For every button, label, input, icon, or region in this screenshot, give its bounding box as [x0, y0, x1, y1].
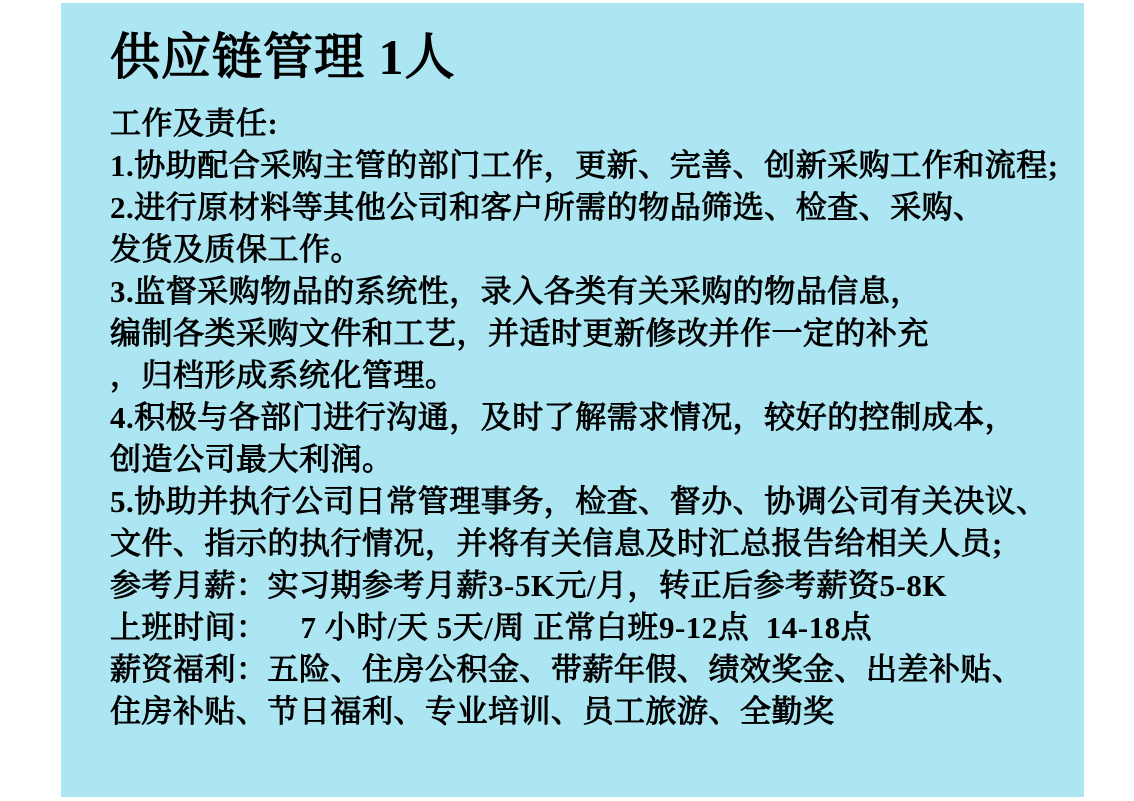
- job-line: ，归档形成系统化管理。: [110, 355, 1064, 397]
- job-line: 住房补贴、节日福利、专业培训、员工旅游、全勤奖: [110, 691, 1064, 733]
- page: 供应链管理 1人 工作及责任: 1.协助配合采购主管的部门工作，更新、完善、创新…: [0, 0, 1134, 801]
- job-line: 编制各类采购文件和工艺，并适时更新修改并作一定的补充: [110, 313, 1064, 355]
- job-line: 发货及质保工作。: [110, 229, 1064, 271]
- job-line: 上班时间： 7 小时/天 5天/周 正常白班9-12点 14-18点: [110, 607, 1064, 649]
- job-title: 供应链管理 1人: [110, 29, 1064, 85]
- content-panel: 供应链管理 1人 工作及责任: 1.协助配合采购主管的部门工作，更新、完善、创新…: [61, 3, 1084, 797]
- job-line: 创造公司最大利润。: [110, 439, 1064, 481]
- job-line: 文件、指示的执行情况，并将有关信息及时汇总报告给相关人员;: [110, 523, 1064, 565]
- job-line: 薪资福利：五险、住房公积金、带薪年假、绩效奖金、出差补贴、: [110, 649, 1064, 691]
- job-line: 2.进行原材料等其他公司和客户所需的物品筛选、检查、采购、: [110, 187, 1064, 229]
- job-line: 1.协助配合采购主管的部门工作，更新、完善、创新采购工作和流程;: [110, 145, 1064, 187]
- job-line: 参考月薪：实习期参考月薪3-5K元/月，转正后参考薪资5-8K: [110, 565, 1064, 607]
- job-line: 3.监督采购物品的系统性，录入各类有关采购的物品信息，: [110, 271, 1064, 313]
- job-line: 5.协助并执行公司日常管理事务，检查、督办、协调公司有关决议、: [110, 481, 1064, 523]
- section-heading: 工作及责任:: [110, 103, 1064, 145]
- job-line: 4.积极与各部门进行沟通，及时了解需求情况，较好的控制成本，: [110, 397, 1064, 439]
